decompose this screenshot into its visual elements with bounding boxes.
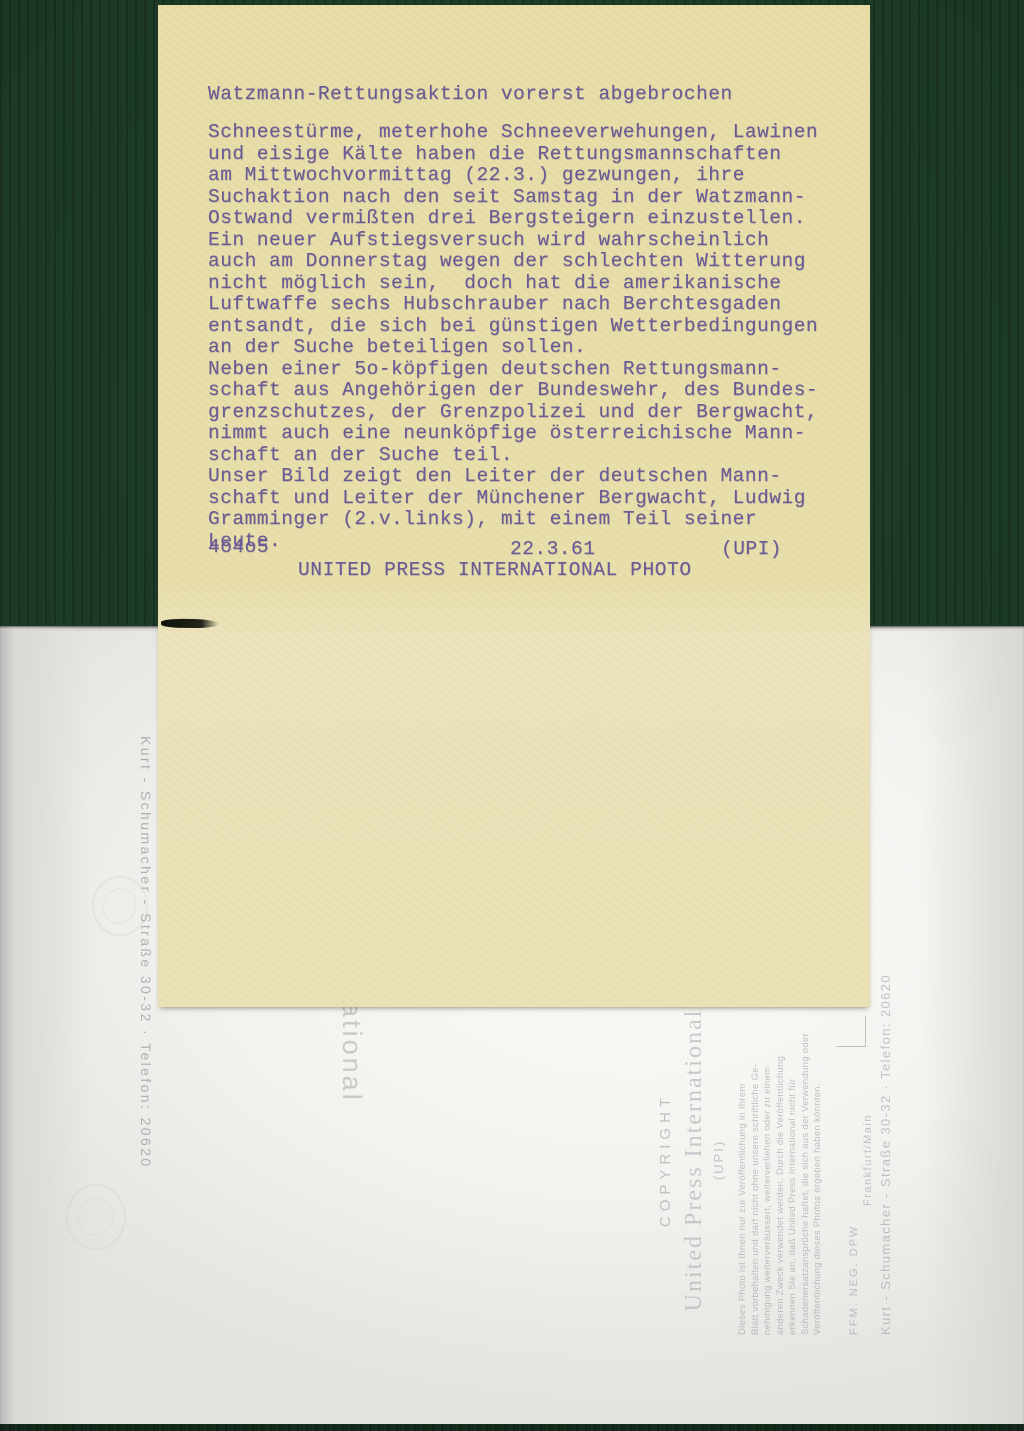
copyright-stamp-city: Frankfurt/Main xyxy=(861,985,875,1335)
copyright-stamp-header: COPYRIGHT xyxy=(657,985,675,1335)
copyright-stamp-agency-abbr: (UPI) xyxy=(711,985,727,1335)
caption-agency-abbr: (UPI) xyxy=(721,538,782,560)
address-stamp-street: Kurt - Schumacher - Straße 30-32 · Telef… xyxy=(136,736,155,1132)
stamp-rule-line xyxy=(865,1016,866,1047)
press-photo-back-scan: { "caption_card": { "title": "Watzmann-R… xyxy=(0,0,1024,1431)
paper-watermark-icon xyxy=(66,1184,126,1250)
caption-reference-number: 4o4o5 xyxy=(208,536,269,558)
copyright-stamp: COPYRIGHT United Press International (UP… xyxy=(657,985,894,1335)
caption-body-text: Schneestürme, meterhohe Schneeverwehunge… xyxy=(208,122,818,552)
copyright-stamp-neg-line: FFM. NEG. DPW xyxy=(847,985,861,1335)
caption-date: 22.3.61 xyxy=(510,538,595,560)
copyright-stamp-agency-name: United Press International xyxy=(679,985,709,1335)
paper-gap-shadow xyxy=(161,619,219,629)
caption-paper: Watzmann-Rettungsaktion vorerst abgebroc… xyxy=(158,5,870,1007)
copyright-stamp-address: Kurt - Schumacher - Straße 30-32 · Telef… xyxy=(877,985,894,1335)
caption-title: Watzmann-Rettungsaktion vorerst abgebroc… xyxy=(208,83,733,105)
caption-credit-line: UNITED PRESS INTERNATIONAL PHOTO xyxy=(298,559,692,581)
stamp-rule-line xyxy=(836,1046,865,1047)
caption-meta-row: 4o4o5 22.3.61 (UPI) xyxy=(158,536,870,560)
copyright-stamp-terms: Dieses Photo ist Ihnen nur zur Veröffent… xyxy=(737,985,825,1335)
